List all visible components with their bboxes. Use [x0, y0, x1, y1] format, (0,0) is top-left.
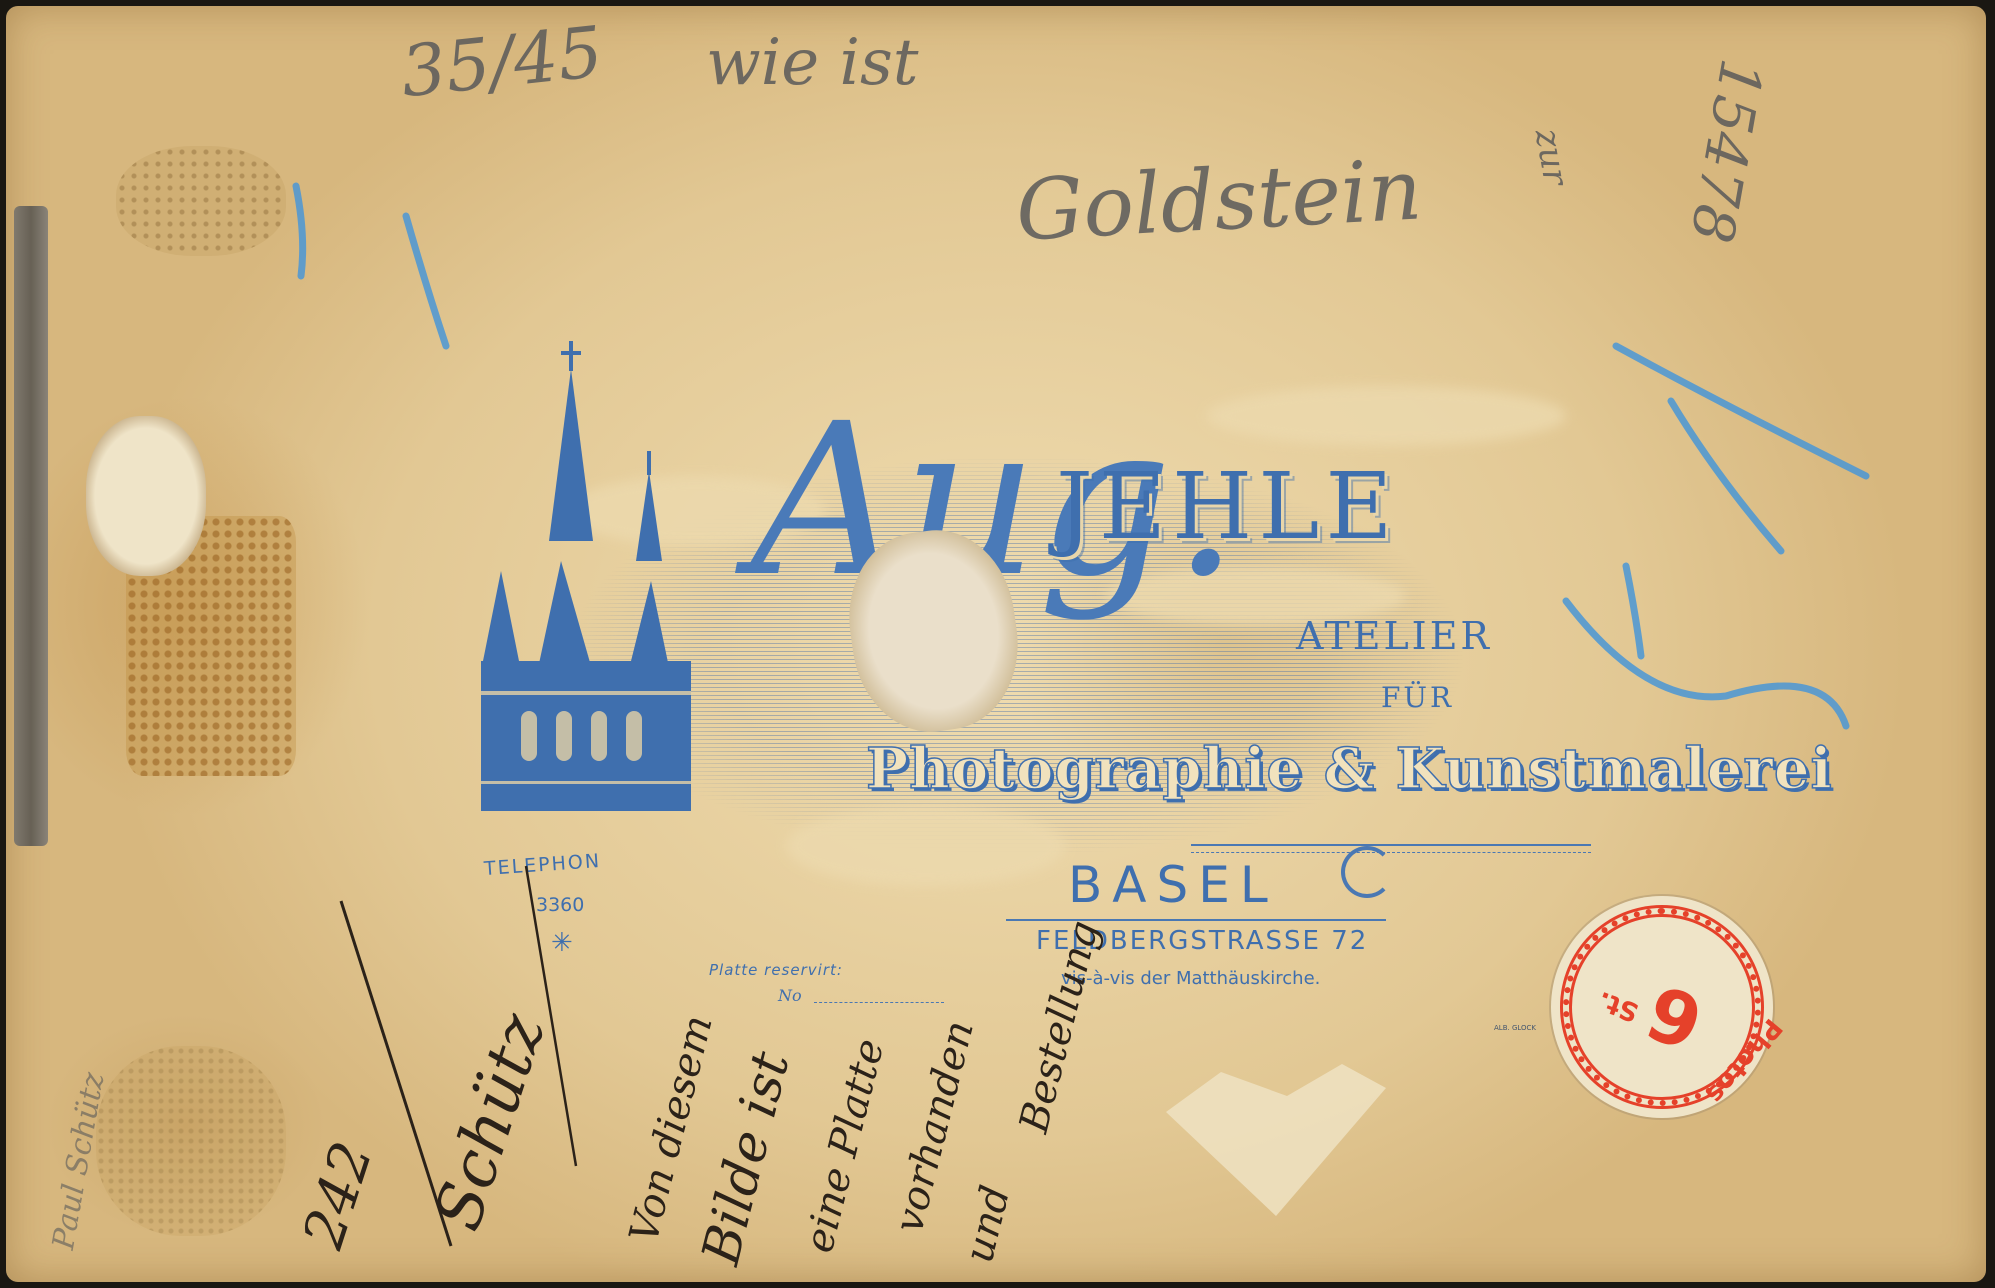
photo-card-back: Aug. JEHLE ATELIER FÜR Photographie & Ku…	[6, 6, 1986, 1282]
sticker-count: 6	[1638, 972, 1712, 1059]
sticker-unit: St.	[1594, 985, 1643, 1027]
photo-count-sticker: 6 St. Photos	[1551, 896, 1773, 1118]
